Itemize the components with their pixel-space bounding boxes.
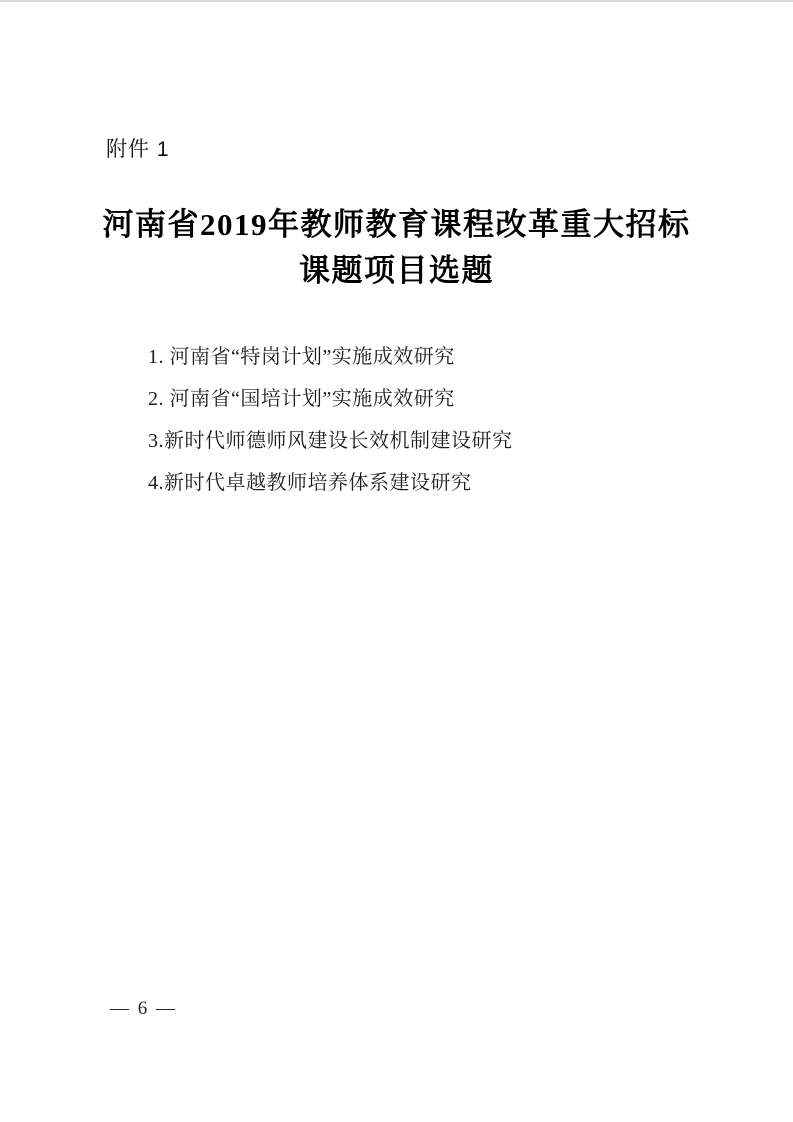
document-title: 河南省2019年教师教育课程改革重大招标 课题项目选题 — [0, 202, 793, 294]
page-number: — 6 — — [110, 998, 177, 1020]
topic-item-2: 2. 河南省“国培计划”实施成效研究 — [148, 378, 513, 420]
topic-item-1: 1. 河南省“特岗计划”实施成效研究 — [148, 336, 513, 378]
title-line-1: 河南省2019年教师教育课程改革重大招标 — [0, 202, 793, 248]
scan-edge-artifact — [0, 0, 793, 2]
topic-item-4: 4.新时代卓越教师培养体系建设研究 — [148, 462, 513, 504]
title-line-2: 课题项目选题 — [0, 248, 793, 294]
topic-list: 1. 河南省“特岗计划”实施成效研究 2. 河南省“国培计划”实施成效研究 3.… — [148, 336, 513, 504]
attachment-label: 附件 1 — [106, 133, 170, 163]
topic-item-3: 3.新时代师德师风建设长效机制建设研究 — [148, 420, 513, 462]
document-page: 附件 1 河南省2019年教师教育课程改革重大招标 课题项目选题 1. 河南省“… — [0, 0, 793, 1122]
